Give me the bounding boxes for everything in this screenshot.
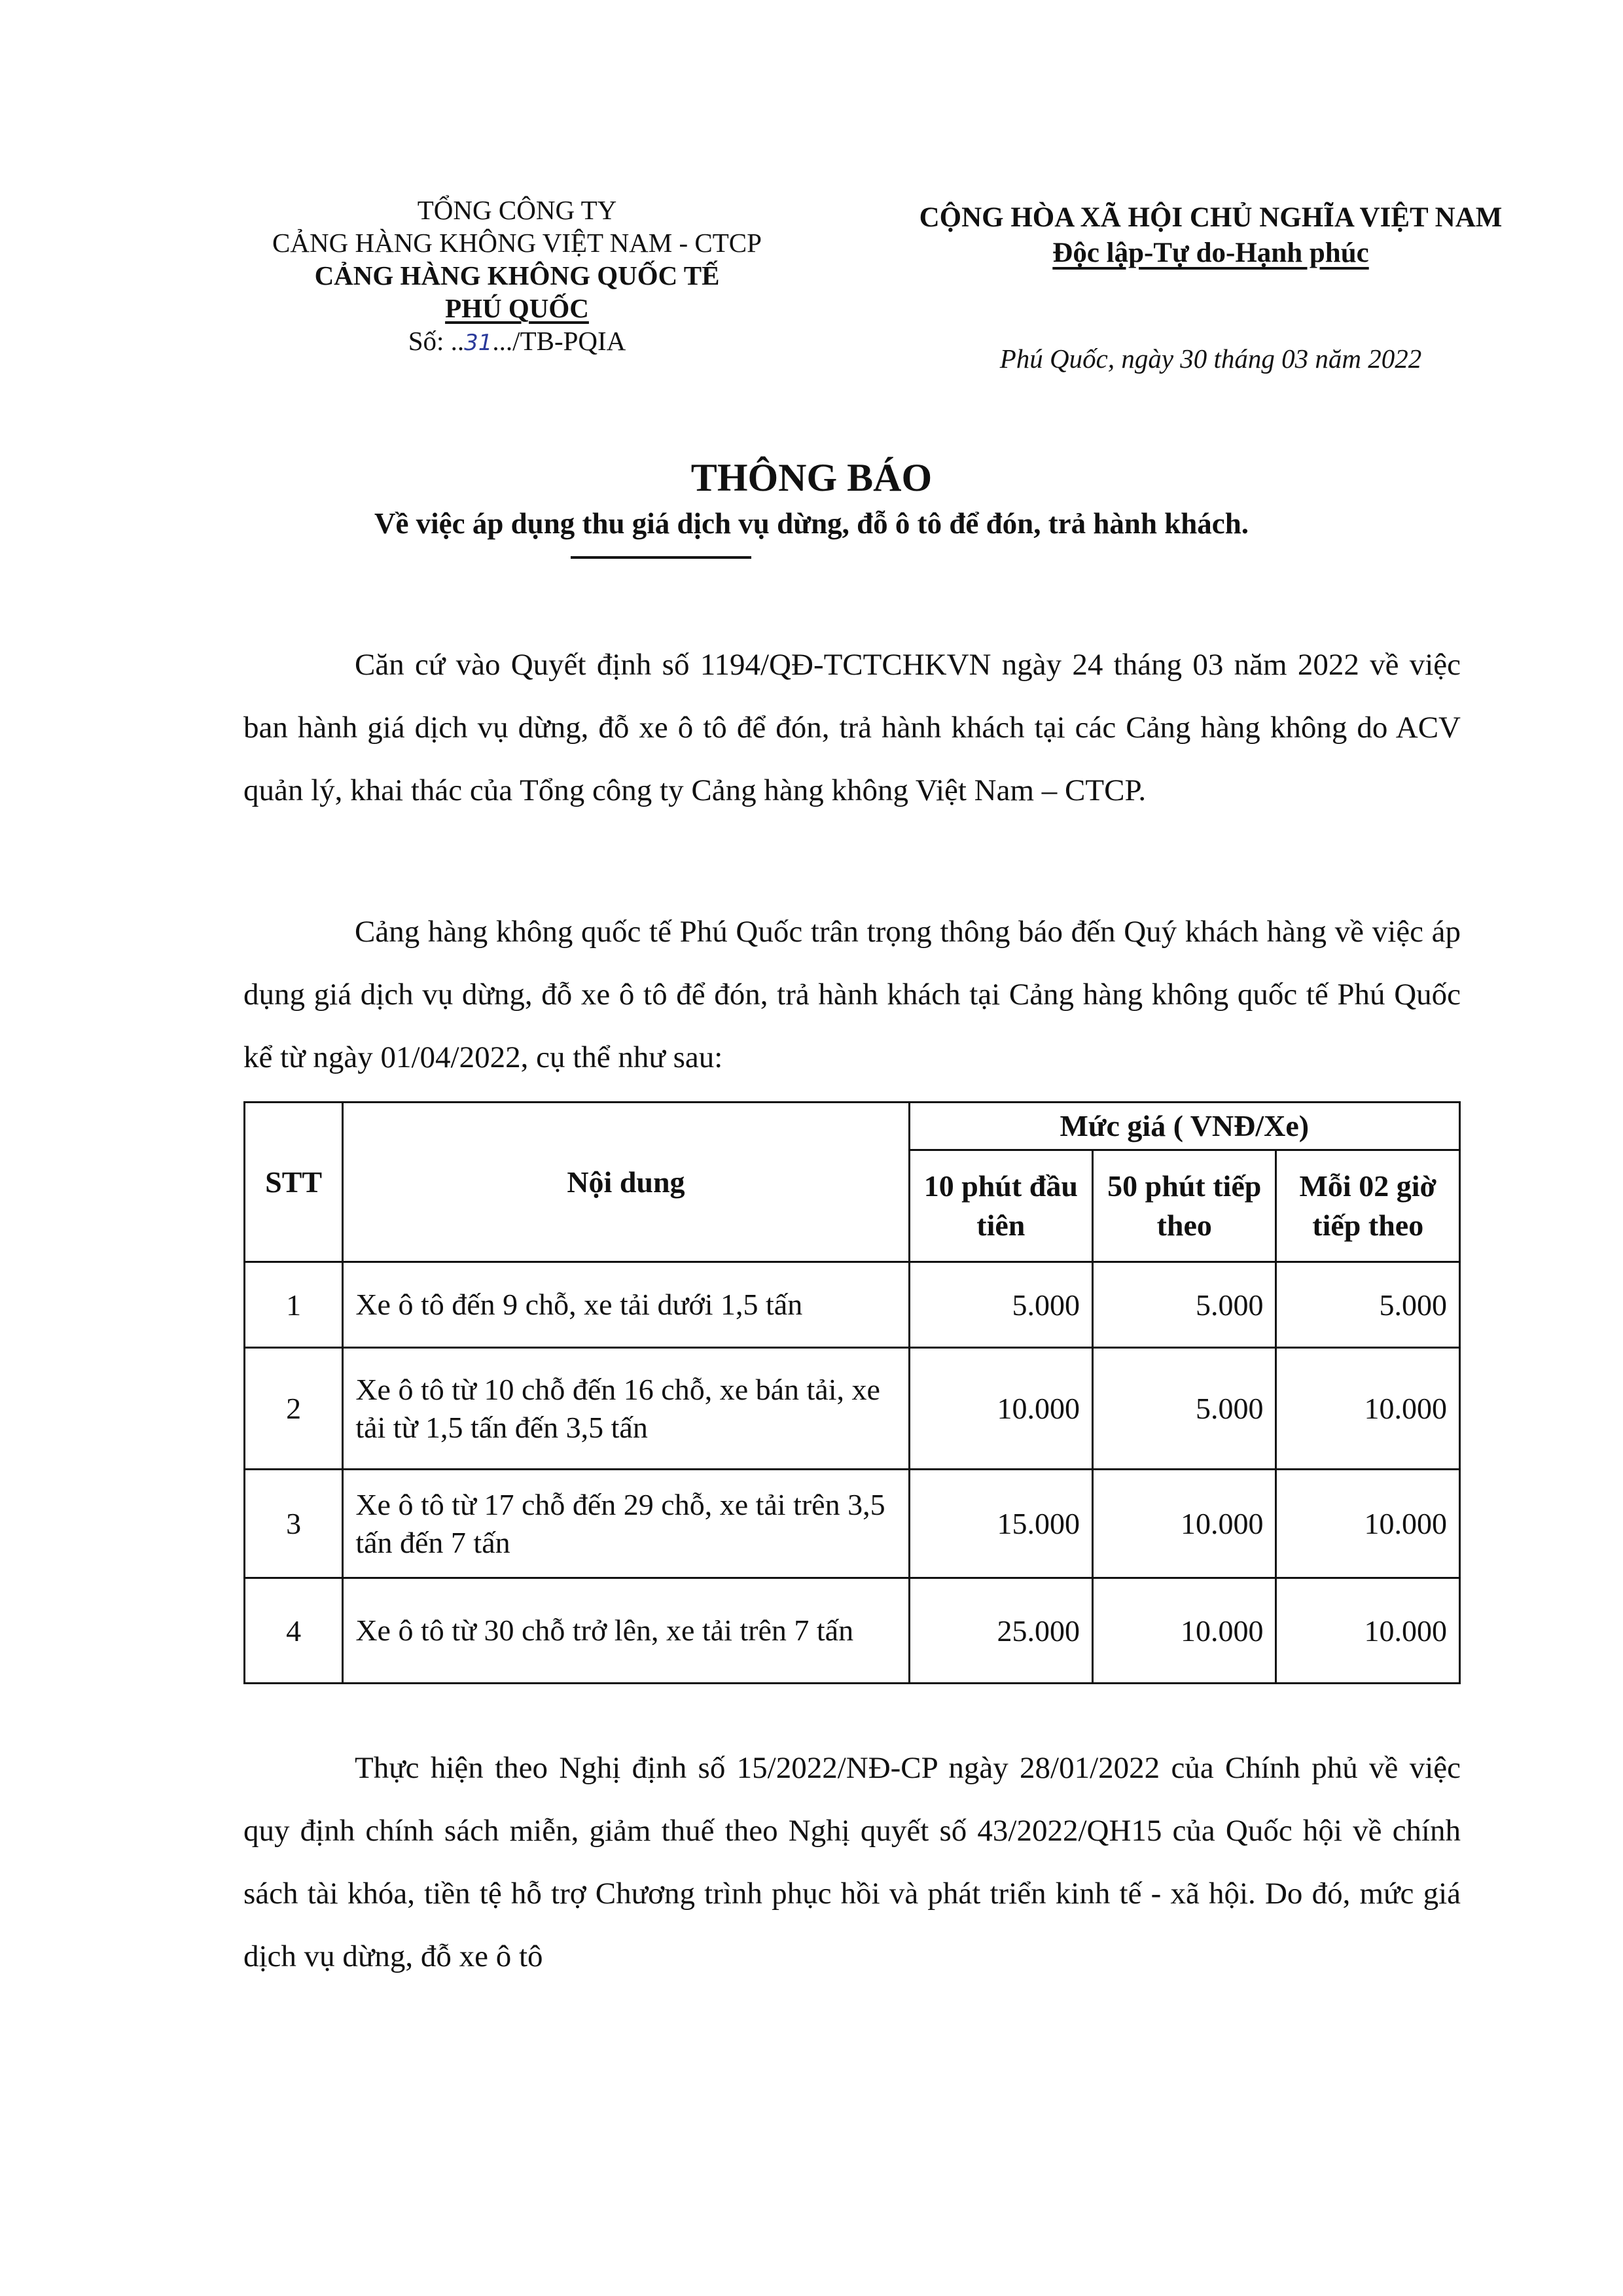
document-number: Số: ..31.../TB-PQIA xyxy=(209,325,825,359)
header-first-10-min: 10 phút đầu tiên xyxy=(909,1150,1092,1262)
country-name: CỘNG HÒA XÃ HỘI CHỦ NGHĨA VIỆT NAM xyxy=(864,200,1558,236)
header-content: Nội dung xyxy=(343,1103,909,1262)
document-subtitle: Về việc áp dụng thu giá dịch vụ dừng, đỗ… xyxy=(196,504,1427,543)
handwritten-number: 31 xyxy=(464,330,492,356)
paragraph-announcement: Cảng hàng không quốc tế Phú Quốc trân tr… xyxy=(243,900,1461,1089)
issuer-name: CẢNG HÀNG KHÔNG QUỐC TẾ xyxy=(209,259,825,292)
national-motto: Độc lập-Tự do-Hạnh phúc xyxy=(1052,238,1368,268)
header-price-group: Mức giá ( VNĐ/Xe) xyxy=(909,1103,1459,1150)
fee-table: STT Nội dung Mức giá ( VNĐ/Xe) 10 phút đ… xyxy=(243,1101,1461,1684)
header-each-2-hours: Mỗi 02 giờ tiếp theo xyxy=(1276,1150,1460,1262)
issuer-block: TỔNG CÔNG TY CẢNG HÀNG KHÔNG VIỆT NAM - … xyxy=(209,194,825,359)
place-date: Phú Quốc, ngày 30 tháng 03 năm 2022 xyxy=(864,343,1558,374)
table-row: 1 Xe ô tô đến 9 chỗ, xe tải dưới 1,5 tấn… xyxy=(245,1262,1460,1348)
national-header: CỘNG HÒA XÃ HỘI CHỦ NGHĨA VIỆT NAM Độc l… xyxy=(864,200,1558,271)
parent-organization: TỔNG CÔNG TY xyxy=(209,194,825,226)
document-title: THÔNG BÁO xyxy=(196,451,1427,504)
paragraph-legal-basis: Căn cứ vào Quyết định số 1194/QĐ-TCTCHKV… xyxy=(243,633,1461,822)
header-next-50-min: 50 phút tiếp theo xyxy=(1093,1150,1276,1262)
table-row: 4 Xe ô tô từ 30 chỗ trở lên, xe tải trên… xyxy=(245,1578,1460,1684)
table-row: 2 Xe ô tô từ 10 chỗ đến 16 chỗ, xe bán t… xyxy=(245,1348,1460,1470)
subtitle-divider xyxy=(571,556,751,559)
header-stt: STT xyxy=(245,1103,343,1262)
issuer-location: PHÚ QUỐC xyxy=(445,293,589,323)
paragraph-tax-reduction: Thực hiện theo Nghị định số 15/2022/NĐ-C… xyxy=(243,1737,1461,1988)
table-row: 3 Xe ô tô từ 17 chỗ đến 29 chỗ, xe tải t… xyxy=(245,1470,1460,1578)
parent-organization-name: CẢNG HÀNG KHÔNG VIỆT NAM - CTCP xyxy=(209,226,825,259)
